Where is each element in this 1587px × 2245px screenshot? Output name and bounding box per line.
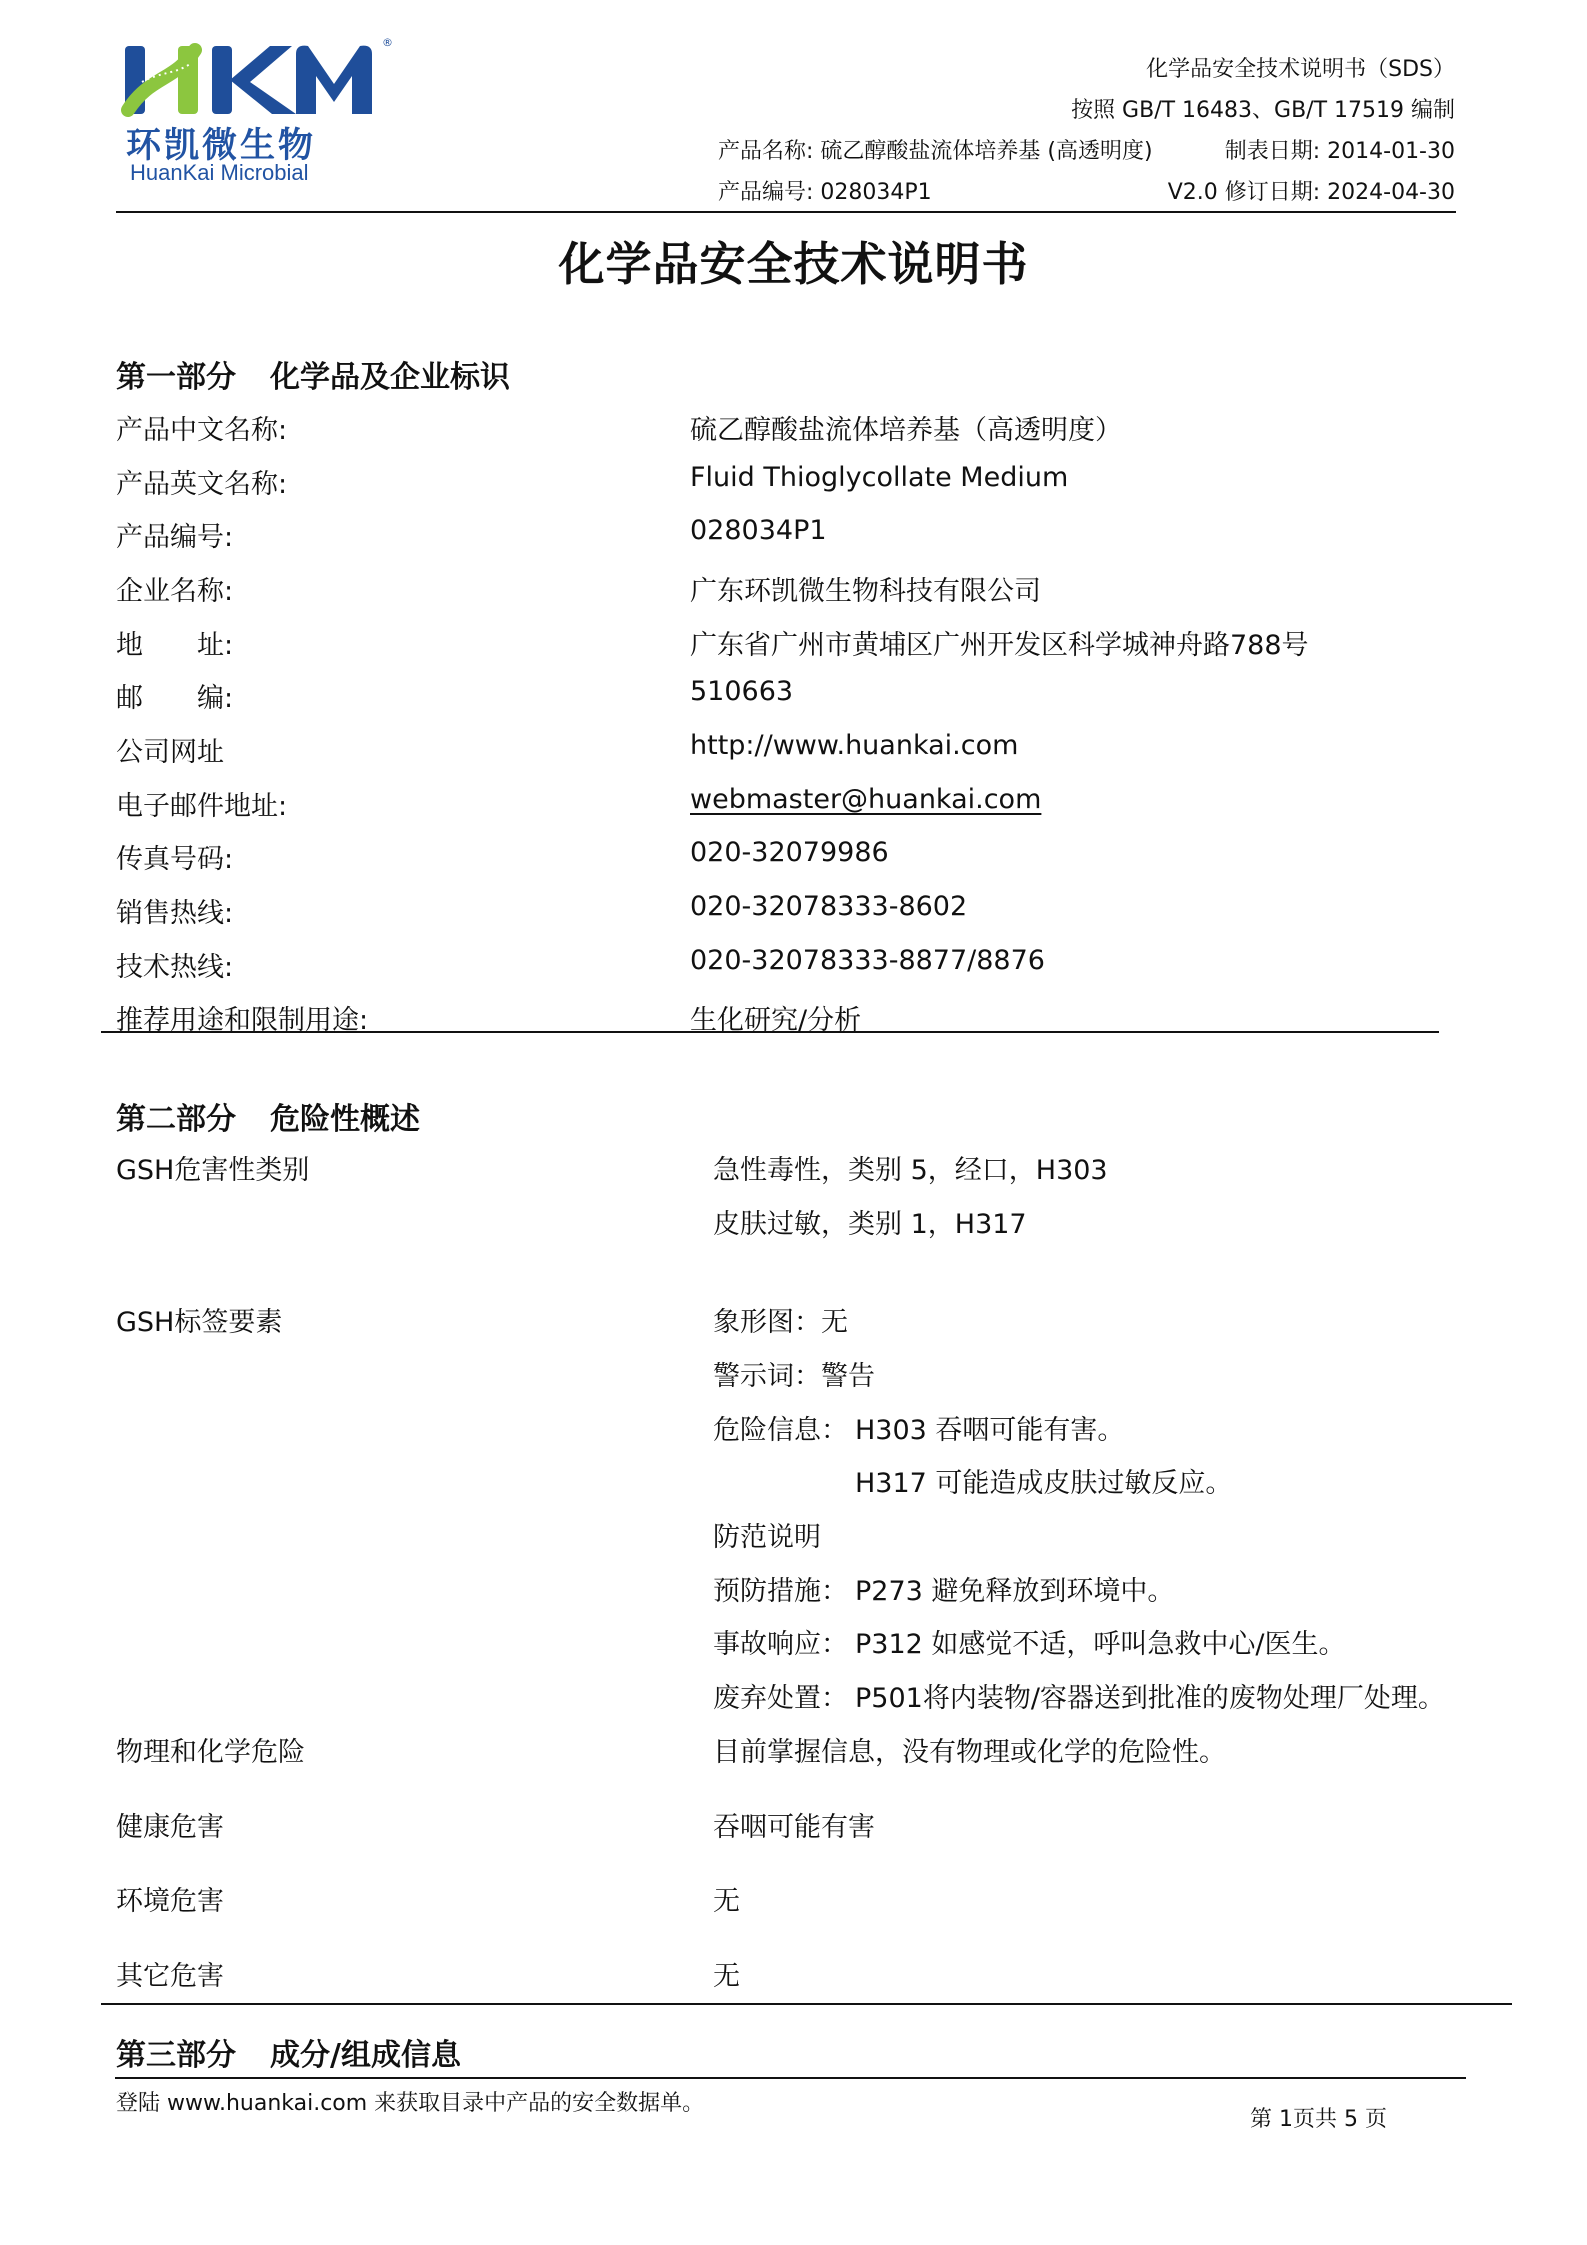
prevention-text: P273 避免释放到环境中。 <box>855 1576 1174 1607</box>
health-hazard-label: 健康危害 <box>116 1805 224 1844</box>
disposal-key: 废弃处置： <box>713 1676 855 1715</box>
pictogram-text: 象形图：无 <box>713 1300 848 1339</box>
hazard-text-2: H317 可能造成皮肤过敏反应。 <box>855 1468 1232 1499</box>
ghs-category-line-2: 皮肤过敏，类别 1，H317 <box>713 1202 1027 1241</box>
section-3-heading: 第三部分成分/组成信息 <box>116 2030 461 2074</box>
hkm-logo-mark-icon: ® <box>120 36 405 118</box>
row-value-cn-name: 硫乙醇酸盐流体培养基（高透明度） <box>690 408 1122 447</box>
row-label: 公司网址 <box>116 730 224 769</box>
row-value-en-name: Fluid Thioglycollate Medium <box>690 462 1068 493</box>
response-key: 事故响应： <box>713 1622 855 1661</box>
section-1-divider <box>101 1031 1439 1033</box>
section-2-title: 危险性概述 <box>270 1102 420 1137</box>
row-value-product-code: 028034P1 <box>690 515 827 546</box>
section-2-number: 第二部分 <box>116 1102 236 1137</box>
row-label: 产品编号: <box>116 515 233 554</box>
section-2-divider <box>101 2003 1512 2005</box>
signal-word-text: 警示词：警告 <box>713 1354 875 1393</box>
row-label: 销售热线: <box>116 891 233 930</box>
ghs-category-line-1: 急性毒性，类别 5，经口，H303 <box>713 1148 1108 1187</box>
prevention-statement: 预防措施：P273 避免释放到环境中。 <box>713 1569 1174 1608</box>
svg-text:®: ® <box>382 36 393 49</box>
other-hazard-value: 无 <box>713 1954 740 1993</box>
ghs-label-elements-label: GSH标签要素 <box>116 1300 282 1339</box>
row-label: 邮 编: <box>116 676 233 715</box>
physical-hazard-label: 物理和化学危险 <box>116 1730 305 1769</box>
precaution-title: 防范说明 <box>713 1515 821 1554</box>
section-3-title: 成分/组成信息 <box>270 2038 461 2073</box>
ghs-category-label: GSH危害性类别 <box>116 1148 309 1187</box>
website-link[interactable]: http://www.huankai.com <box>690 730 1018 761</box>
section-3-number: 第三部分 <box>116 2038 236 2073</box>
header-divider <box>116 211 1456 213</box>
row-label: 产品中文名称: <box>116 408 287 447</box>
row-label: 地 址: <box>116 623 233 662</box>
section-2-heading: 第二部分危险性概述 <box>116 1094 420 1138</box>
hazard-statement-1: 危险信息：H303 吞咽可能有害。 <box>713 1408 1124 1447</box>
row-value-postcode: 510663 <box>690 676 793 707</box>
section-1-heading: 第一部分化学品及企业标识 <box>116 352 510 396</box>
footer-divider <box>115 2077 1466 2079</box>
header-doc-type: 化学品安全技术说明书（SDS） <box>1146 52 1455 83</box>
disposal-statement: 废弃处置：P501将内装物/容器送到批准的废物处理厂处理。 <box>713 1676 1445 1715</box>
header-product-code: 产品编号: 028034P1 <box>718 175 932 206</box>
footer-note: 登陆 www.huankai.com 来获取目录中产品的安全数据单。 <box>116 2086 704 2117</box>
section-1-number: 第一部分 <box>116 360 236 395</box>
environment-hazard-value: 无 <box>713 1879 740 1918</box>
response-statement: 事故响应：P312 如感觉不适，呼叫急救中心/医生。 <box>713 1622 1346 1661</box>
page-title: 化学品安全技术说明书 <box>0 228 1587 294</box>
row-label: 产品英文名称: <box>116 462 287 501</box>
company-logo: ® 环凯微生物 HuanKai Microbial <box>120 36 405 186</box>
prevention-key: 预防措施： <box>713 1569 855 1608</box>
health-hazard-value: 吞咽可能有害 <box>713 1805 875 1844</box>
physical-hazard-value: 目前掌握信息，没有物理或化学的危险性。 <box>713 1730 1226 1769</box>
row-value-fax: 020-32079986 <box>690 837 889 868</box>
row-value-address: 广东省广州市黄埔区广州开发区科学城神舟路788号 <box>690 623 1309 662</box>
section-1-title: 化学品及企业标识 <box>270 360 510 395</box>
response-text: P312 如感觉不适，呼叫急救中心/医生。 <box>855 1629 1346 1660</box>
header-standard: 按照 GB/T 16483、GB/T 17519 编制 <box>1071 93 1455 124</box>
header-revision: V2.0 修订日期: 2024-04-30 <box>1168 175 1455 206</box>
environment-hazard-label: 环境危害 <box>116 1879 224 1918</box>
other-hazard-label: 其它危害 <box>116 1954 224 1993</box>
row-value-company: 广东环凯微生物科技有限公司 <box>690 569 1041 608</box>
header-product-name: 产品名称: 硫乙醇酸盐流体培养基 (高透明度) <box>718 134 1153 165</box>
hazard-text-1: H303 吞咽可能有害。 <box>855 1415 1124 1446</box>
row-label: 企业名称: <box>116 569 233 608</box>
email-link[interactable]: webmaster@huankai.com <box>690 784 1041 815</box>
row-label: 传真号码: <box>116 837 233 876</box>
row-value-tech-hotline: 020-32078333-8877/8876 <box>690 945 1045 976</box>
hazard-statement-2: H317 可能造成皮肤过敏反应。 <box>713 1461 1232 1500</box>
row-label: 技术热线: <box>116 945 233 984</box>
hazard-key: 危险信息： <box>713 1408 855 1447</box>
page-number: 第 1页共 5 页 <box>1250 2102 1387 2133</box>
row-value-sales-hotline: 020-32078333-8602 <box>690 891 967 922</box>
row-label: 电子邮件地址: <box>116 784 287 823</box>
logo-name-en: HuanKai Microbial <box>130 160 309 186</box>
disposal-text: P501将内装物/容器送到批准的废物处理厂处理。 <box>855 1683 1445 1714</box>
header-created-date: 制表日期: 2014-01-30 <box>1225 134 1455 165</box>
